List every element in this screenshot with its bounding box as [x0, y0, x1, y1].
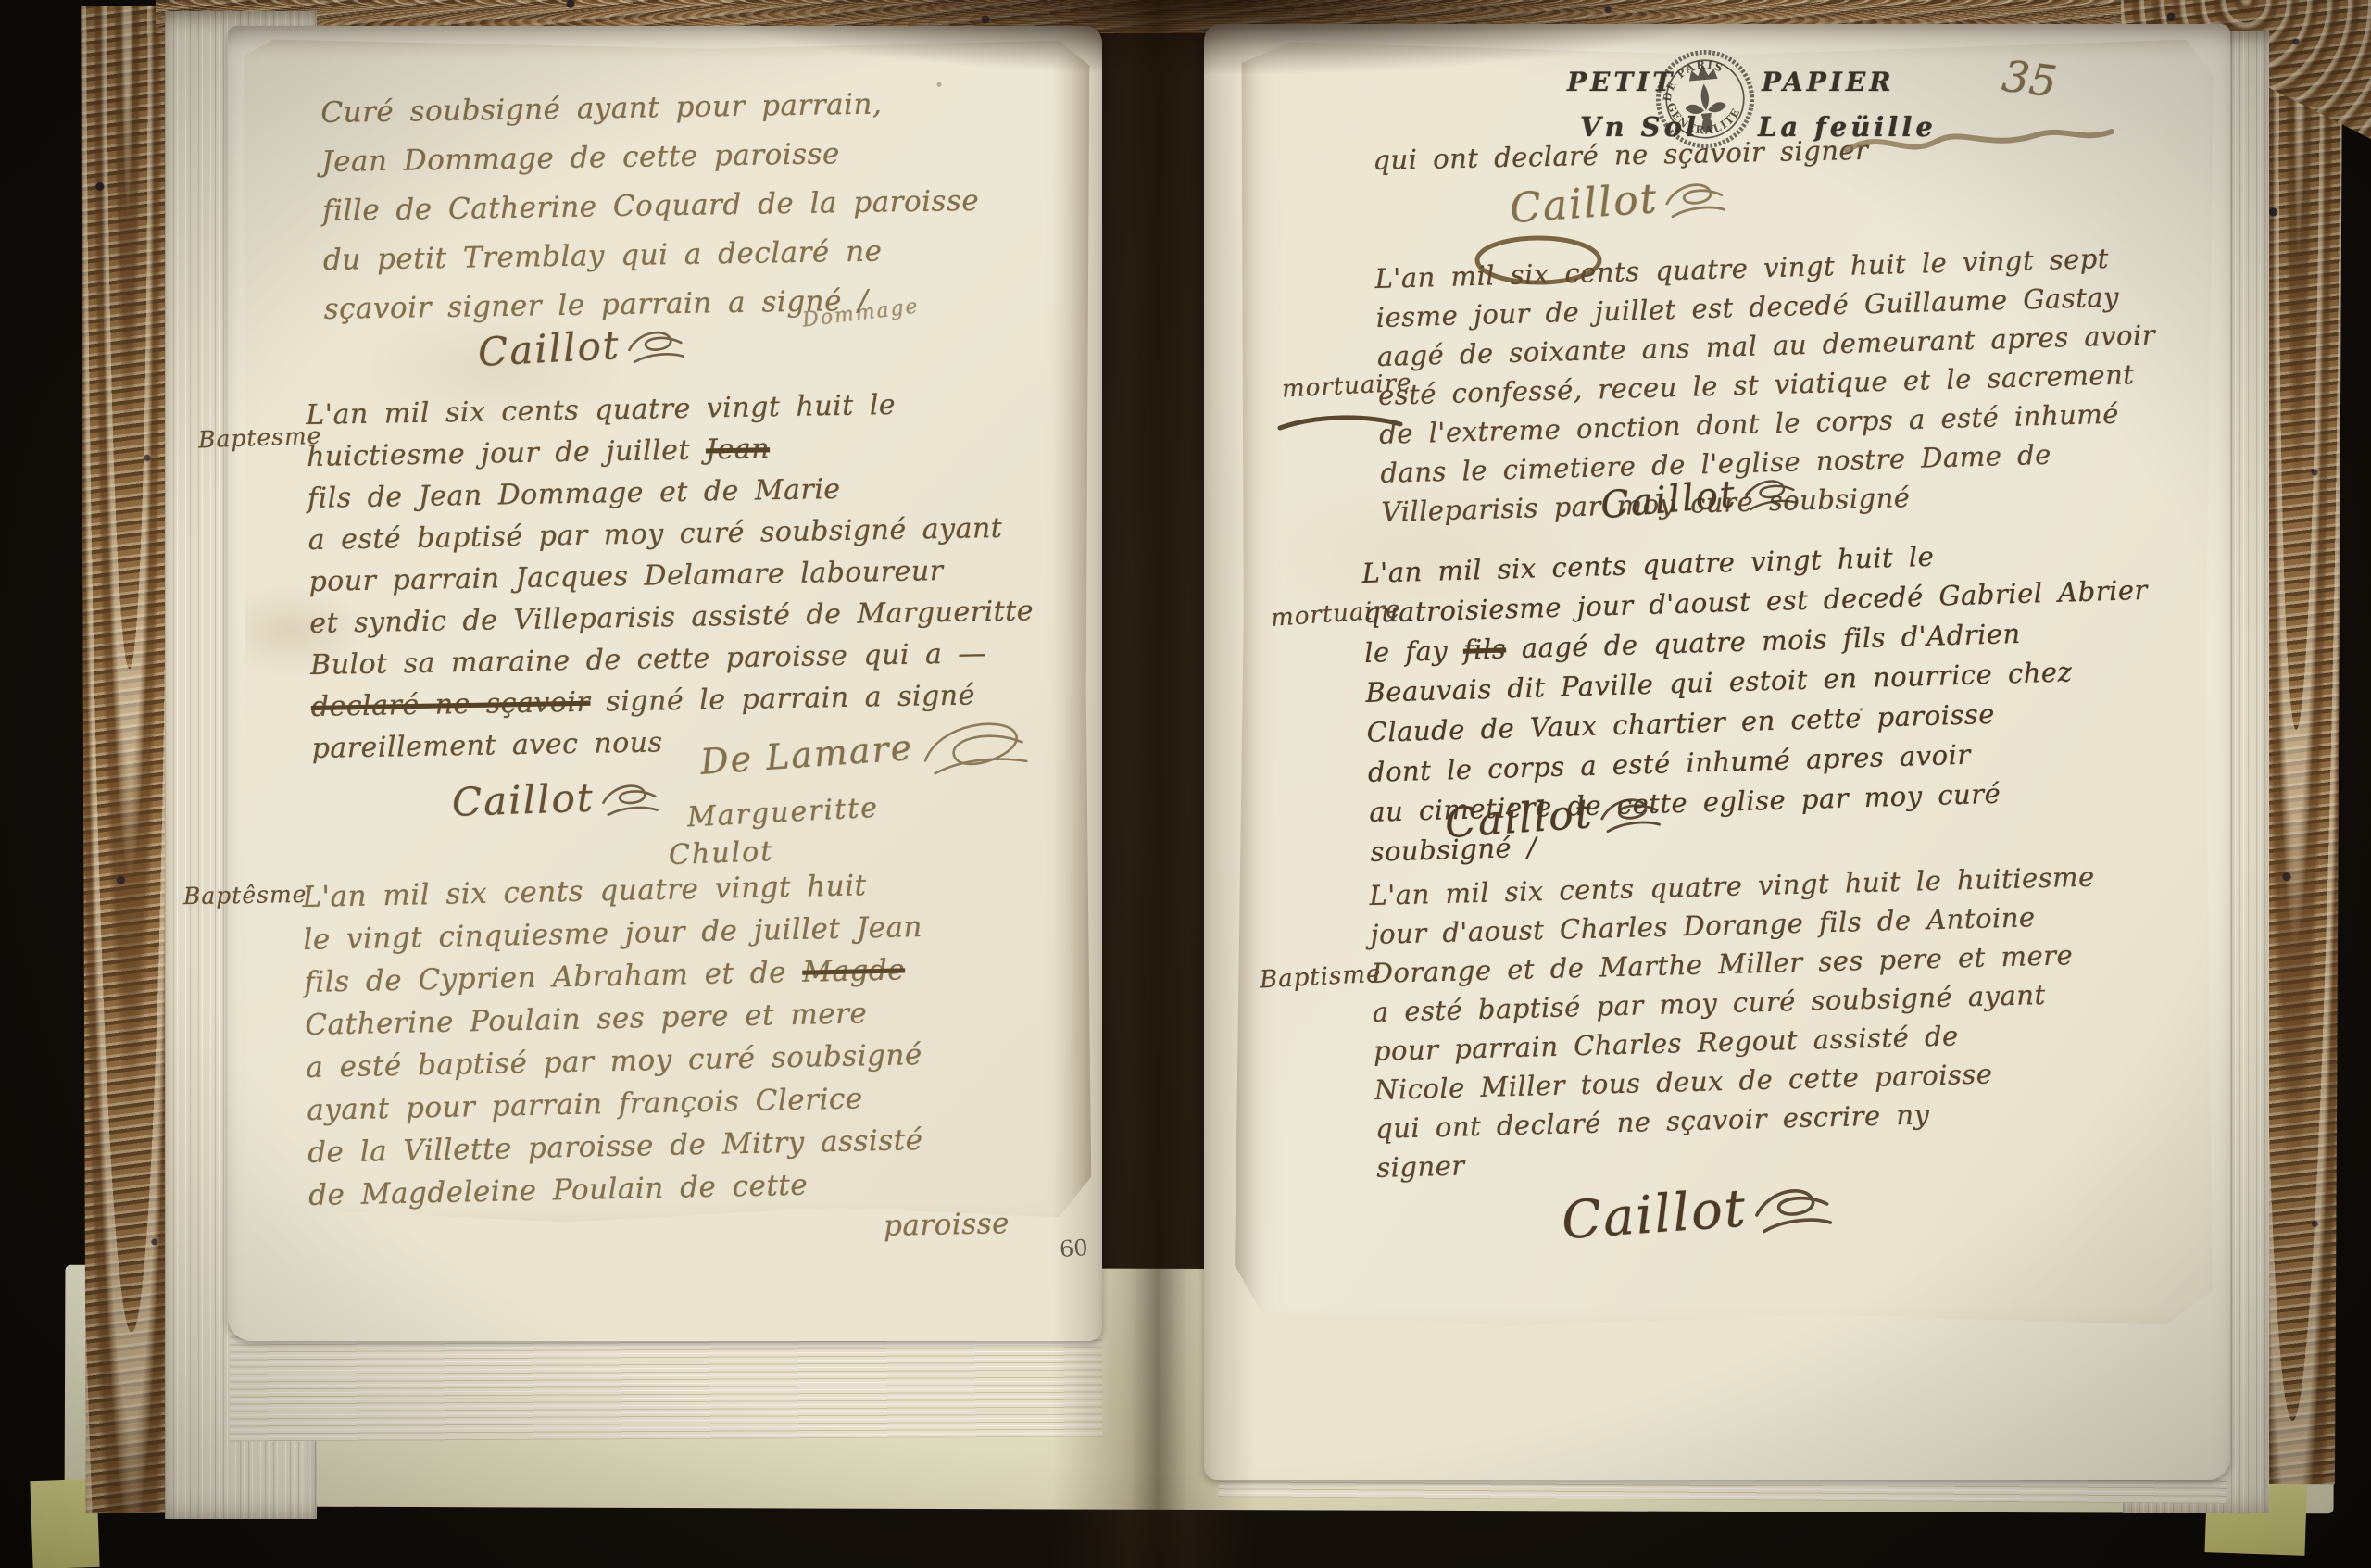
- folio-number: 35: [2000, 51, 2060, 107]
- pencil-page-number: 60: [1059, 1235, 1088, 1262]
- signature-flourish-icon: [917, 709, 1033, 784]
- handwriting-line: du petit Tremblay qui a declaré ne: [322, 226, 980, 285]
- page-block-edge-bottom-left: [230, 1328, 1103, 1442]
- open-parish-register-photo: PETIT PAPIER Vn Sol La feüille DE PARIS …: [0, 0, 2371, 1568]
- pen-flourish-icon: [1843, 119, 2121, 165]
- signature-paraph-icon: [1740, 471, 1801, 517]
- stamp-word-papier: PAPIER: [1762, 67, 1895, 97]
- entry-baptism-left-1: L'an mil six cents quatre vingt huit leh…: [306, 382, 1036, 770]
- signature-paraph-icon: [1598, 789, 1665, 838]
- signature-paraph-icon: [1662, 174, 1730, 223]
- entry-continuation-left: Curé soubsigné ayant pour parrain,Jean D…: [320, 79, 981, 334]
- entry-baptism-left-2: L'an mil six cents quatre vingt huitle v…: [302, 861, 1010, 1260]
- signature-paraph-icon: [1750, 1178, 1838, 1239]
- generalite-de-paris-stamp-icon: DE PARIS GENERALITE: [1650, 40, 1761, 157]
- marbled-cover-left: [81, 6, 179, 1513]
- priest-signature: Caillot: [451, 772, 661, 827]
- margin-label-baptism: Baptesme: [198, 422, 322, 454]
- entry-baptism-right: L'an mil six cents quatre vingt huit le …: [1369, 857, 2102, 1186]
- margin-label-baptism: Baptêsme: [183, 881, 307, 909]
- handwriting-line: Curé soubsigné ayant pour parrain,: [320, 79, 978, 138]
- signature-paraph-icon: [625, 323, 688, 369]
- signature-paraph-icon: [599, 777, 662, 822]
